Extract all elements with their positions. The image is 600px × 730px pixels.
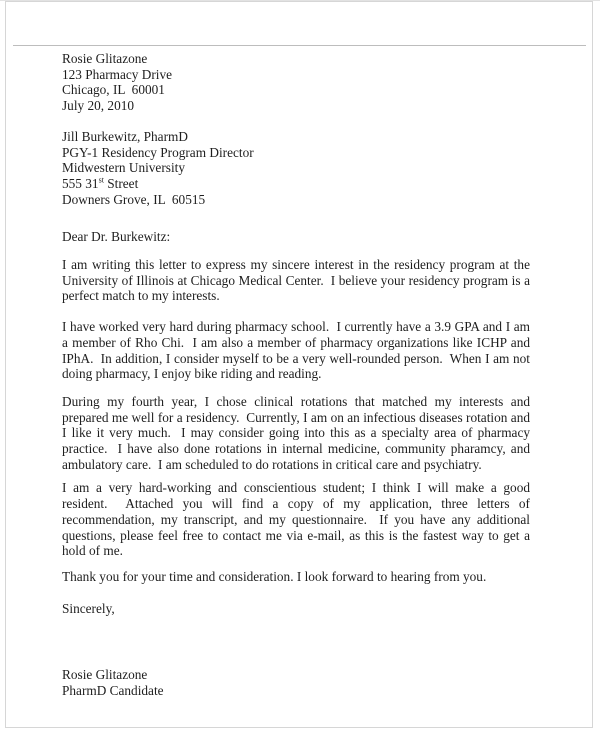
letter-document: Rosie Glitazone 123 Pharmacy Drive Chica… <box>0 0 600 730</box>
body-paragraph-4: I am a very hard-working and conscientio… <box>62 480 530 559</box>
sender-address-block: Rosie Glitazone 123 Pharmacy Drive Chica… <box>62 51 530 114</box>
recipient-organization: Midwestern University <box>62 160 530 176</box>
recipient-street: 555 31st Street <box>62 176 530 192</box>
recipient-city-state-zip: Downers Grove, IL 60515 <box>62 192 530 208</box>
body-paragraph-3: During my fourth year, I chose clinical … <box>62 394 530 473</box>
body-paragraph-2: I have worked very hard during pharmacy … <box>62 319 530 382</box>
letter-content: Rosie Glitazone 123 Pharmacy Drive Chica… <box>6 51 592 699</box>
letter-page: Rosie Glitazone 123 Pharmacy Drive Chica… <box>5 1 593 728</box>
signature-title: PharmD Candidate <box>62 683 530 699</box>
salutation: Dear Dr. Burkewitz: <box>62 229 530 245</box>
sender-name: Rosie Glitazone <box>62 51 530 67</box>
recipient-title: PGY-1 Residency Program Director <box>62 145 530 161</box>
closing-phrase: Sincerely, <box>62 601 530 617</box>
letter-date: July 20, 2010 <box>62 98 530 114</box>
signature-name: Rosie Glitazone <box>62 667 530 683</box>
sender-street: 123 Pharmacy Drive <box>62 67 530 83</box>
body-paragraph-1: I am writing this letter to express my s… <box>62 257 530 304</box>
header-divider <box>13 45 586 46</box>
sender-city-state-zip: Chicago, IL 60001 <box>62 82 530 98</box>
signature-block: Rosie Glitazone PharmD Candidate <box>62 667 530 698</box>
recipient-address-block: Jill Burkewitz, PharmD PGY-1 Residency P… <box>62 129 530 208</box>
recipient-name: Jill Burkewitz, PharmD <box>62 129 530 145</box>
recipient-street-suffix: Street <box>104 176 138 191</box>
recipient-street-number: 555 31 <box>62 176 99 191</box>
body-paragraph-5: Thank you for your time and consideratio… <box>62 569 530 585</box>
